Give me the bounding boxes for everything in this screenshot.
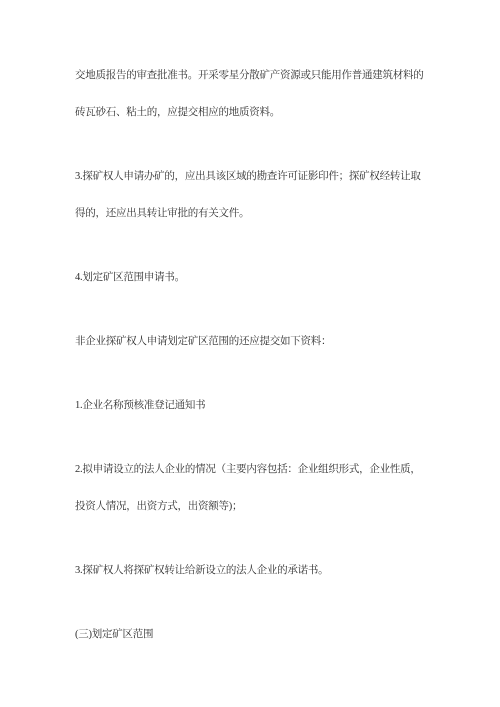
paragraph-non-enterprise-requirements: 非企业探矿权人申请划定矿区范围的还应提交如下资料： [75,323,430,360]
list-item-4-mining-area-application: 4.划定矿区范围申请书。 [75,259,430,296]
document-page: 交地质报告的审查批准书。开采零星分散矿产资源或只能用作普通建筑材料的砖瓦砂石、粘… [0,0,500,707]
list-item-3-exploration-license: 3.探矿权人申请办矿的，应出具该区域的勘查许可证影印件；探矿权经转让取得的，还应… [75,158,430,232]
list-item-3-transfer-commitment: 3.探矿权人将探矿权转让给新设立的法人企业的承诺书。 [75,552,430,589]
list-item-2-legal-entity-info: 2.拟申请设立的法人企业的情况（主要内容包括：企业组织形式，企业性质，投资人情况… [75,451,430,525]
section-heading-mining-area-delimitation: (三)划定矿区范围 [75,616,430,653]
list-item-1-enterprise-name-notice: 1.企业名称预核准登记通知书 [75,387,430,424]
paragraph-geology-report-continuation: 交地质报告的审查批准书。开采零星分散矿产资源或只能用作普通建筑材料的砖瓦砂石、粘… [75,57,430,131]
